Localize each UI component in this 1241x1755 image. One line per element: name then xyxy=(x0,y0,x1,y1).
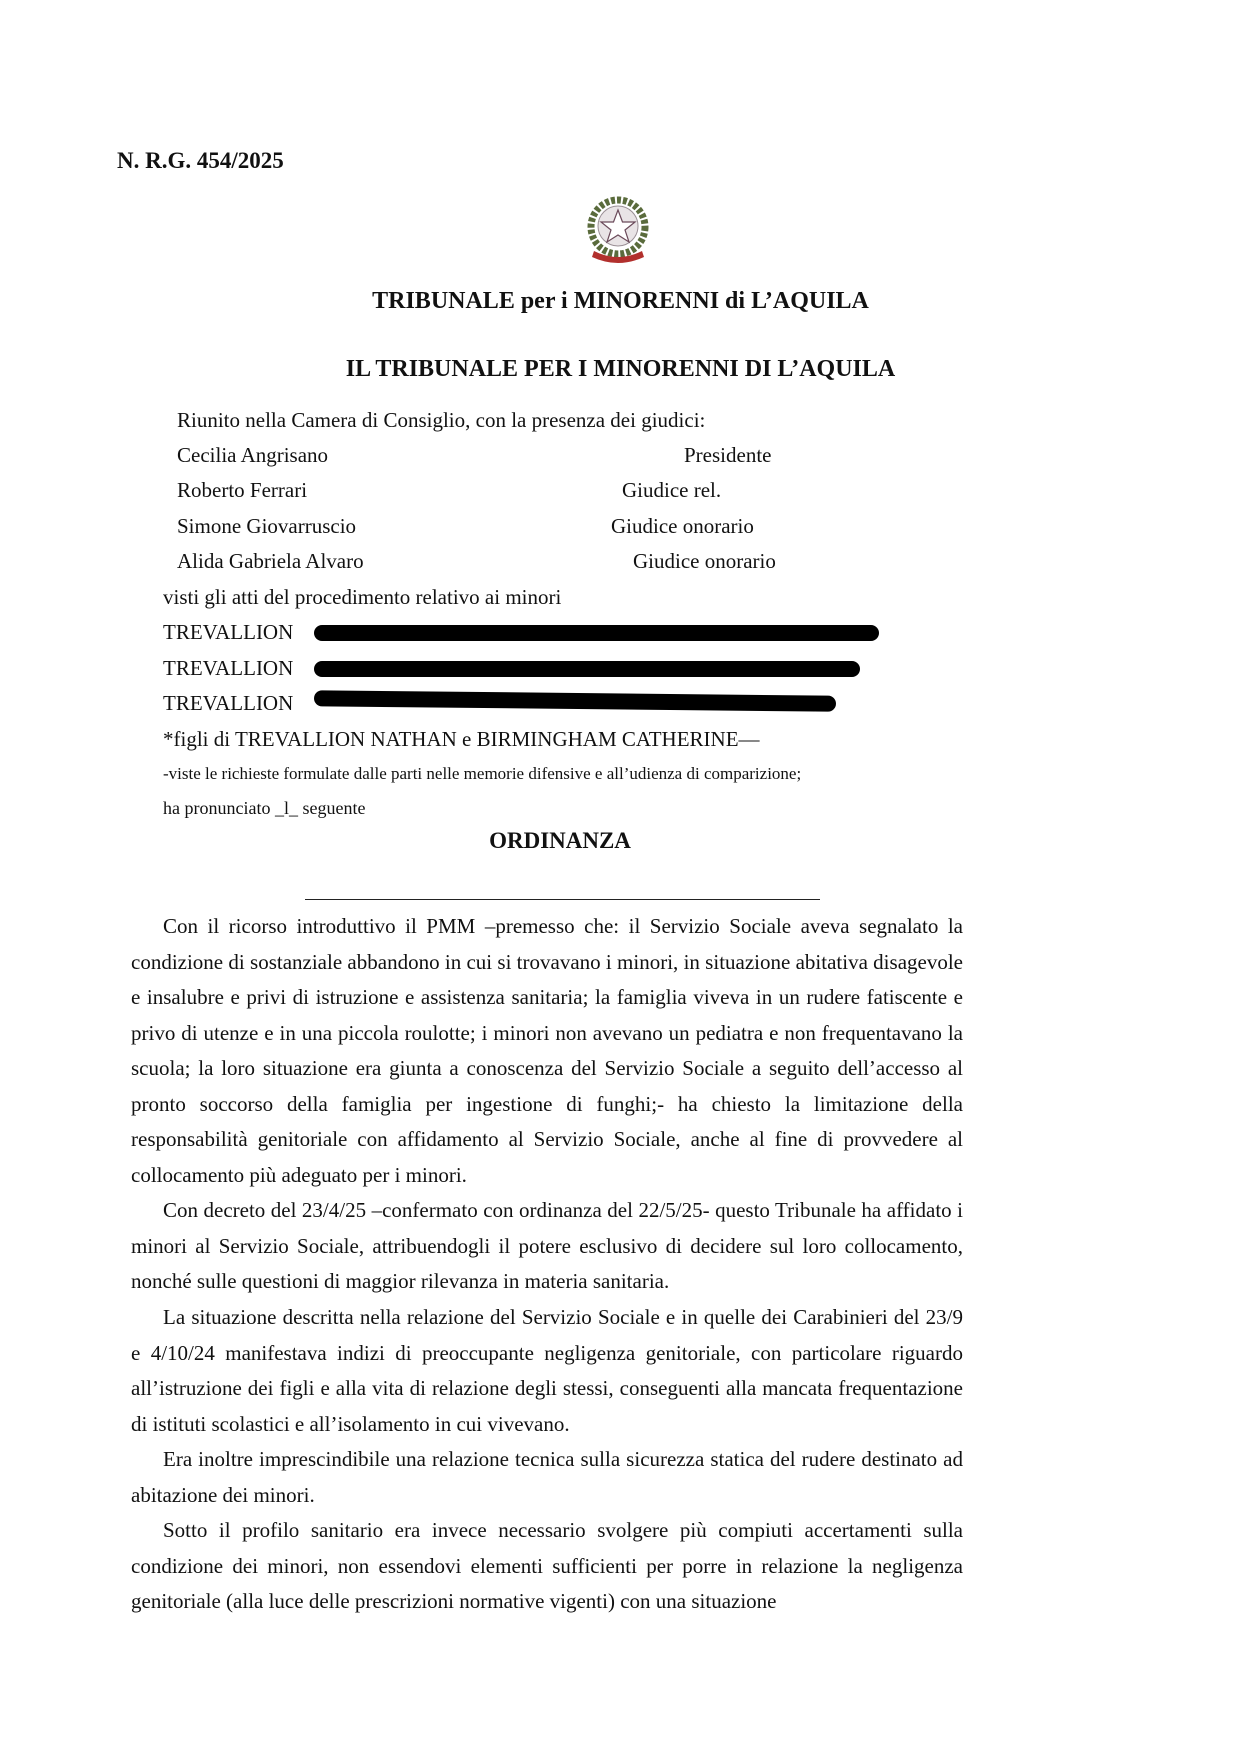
redaction-bar xyxy=(314,690,836,711)
parents-line: *figli di TREVALLION NATHAN e BIRMINGHAM… xyxy=(163,727,760,752)
judge-role: Giudice onorario xyxy=(633,549,776,574)
italian-republic-emblem-icon xyxy=(584,193,652,269)
redaction-bar xyxy=(314,661,860,677)
redaction-bar xyxy=(314,625,879,641)
panel-intro: Riunito nella Camera di Consiglio, con l… xyxy=(177,408,705,433)
judge-role: Giudice onorario xyxy=(611,514,754,539)
judge-role: Presidente xyxy=(684,443,771,468)
section-divider xyxy=(305,899,820,900)
judge-name: Roberto Ferrari xyxy=(177,478,307,503)
court-heading: IL TRIBUNALE PER I MINORENNI DI L’AQUILA xyxy=(0,356,1241,383)
minor-name: TREVALLION xyxy=(163,656,293,681)
order-paragraph: Con il ricorso introduttivo il PMM –prem… xyxy=(131,909,963,1193)
judge-name: Cecilia Angrisano xyxy=(177,443,328,468)
order-paragraph: La situazione descritta nella relazione … xyxy=(131,1300,963,1442)
court-title: TRIBUNALE per i MINORENNI di L’AQUILA xyxy=(0,288,1241,315)
judge-name: Alida Gabriela Alvaro xyxy=(177,549,364,574)
judge-role: Giudice rel. xyxy=(622,478,721,503)
order-paragraph: Era inoltre imprescindibile una relazion… xyxy=(131,1442,963,1513)
minor-name: TREVALLION xyxy=(163,620,293,645)
order-paragraph: Sotto il profilo sanitario era invece ne… xyxy=(131,1513,963,1620)
proceeding-intro: visti gli atti del procedimento relativo… xyxy=(163,585,561,610)
requests-line: -viste le richieste formulate dalle part… xyxy=(163,764,801,784)
order-title: ORDINANZA xyxy=(0,828,1120,854)
minor-name: TREVALLION xyxy=(163,691,293,716)
judge-name: Simone Giovarruscio xyxy=(177,514,356,539)
case-number: N. R.G. 454/2025 xyxy=(117,148,284,174)
order-paragraph: Con decreto del 23/4/25 –confermato con … xyxy=(131,1193,963,1300)
pronounced-line: ha pronunciato _l_ seguente xyxy=(163,798,365,819)
